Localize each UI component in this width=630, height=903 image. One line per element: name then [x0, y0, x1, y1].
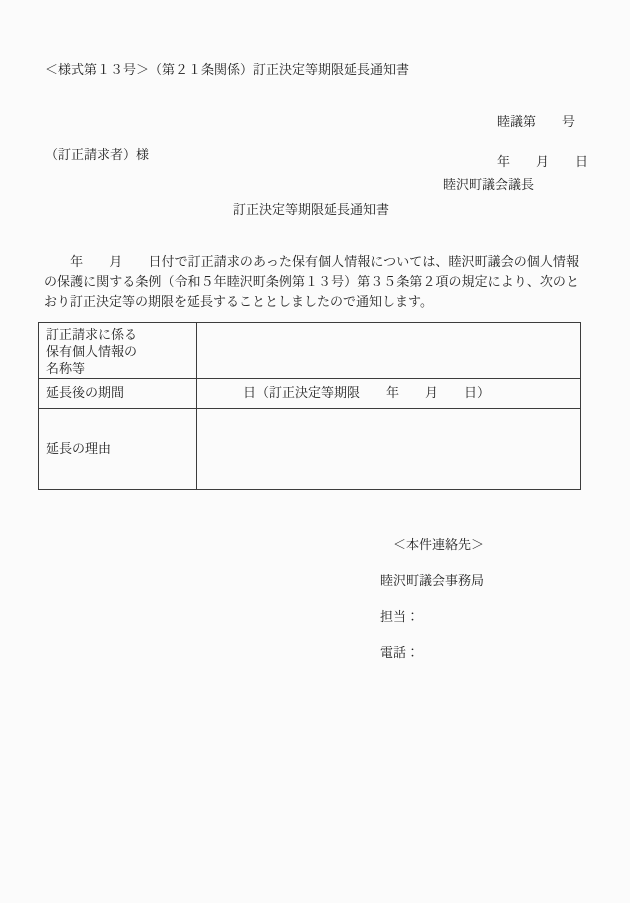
sender-line: 睦沢町議会議長 [443, 176, 534, 196]
table-cell-extension-reason-value [197, 409, 580, 489]
document-date-line: 年 月 日 [497, 153, 588, 173]
contact-office: 睦沢町議会事務局 [380, 573, 484, 591]
form-style-header: ＜様式第１３号＞（第２１条関係）訂正決定等期限延長通知書 [45, 61, 409, 81]
notice-table: 訂正請求に係る 保有個人情報の 名称等 延長後の期間 日（訂正決定等期限 年 月… [38, 322, 581, 490]
document-number-line: 睦議第 号 [497, 113, 588, 133]
table-row-label-extension-reason: 延長の理由 [39, 409, 197, 489]
contact-phone-label: 電話： [380, 645, 484, 663]
table-cell-information-name-value [197, 323, 580, 379]
contact-block: ＜本件連絡先＞ 睦沢町議会事務局 担当： 電話： [380, 519, 484, 681]
table-row-label-information-name: 訂正請求に係る 保有個人情報の 名称等 [39, 323, 197, 379]
table-cell-extended-period-value: 日（訂正決定等期限 年 月 日） [197, 379, 580, 409]
contact-person-label: 担当： [380, 609, 484, 627]
contact-heading: ＜本件連絡先＞ [380, 537, 484, 555]
table-row-label-extended-period: 延長後の期間 [39, 379, 197, 409]
body-paragraph: 年 月 日付で訂正請求のあった保有個人情報については、睦沢町議会の個人情報の保護… [44, 253, 579, 313]
addressee-line: （訂正請求者）様 [45, 146, 149, 166]
document-title: 訂正決定等期限延長通知書 [0, 201, 622, 221]
document-page: ＜様式第１３号＞（第２１条関係）訂正決定等期限延長通知書 睦議第 号 年 月 日… [0, 0, 630, 903]
